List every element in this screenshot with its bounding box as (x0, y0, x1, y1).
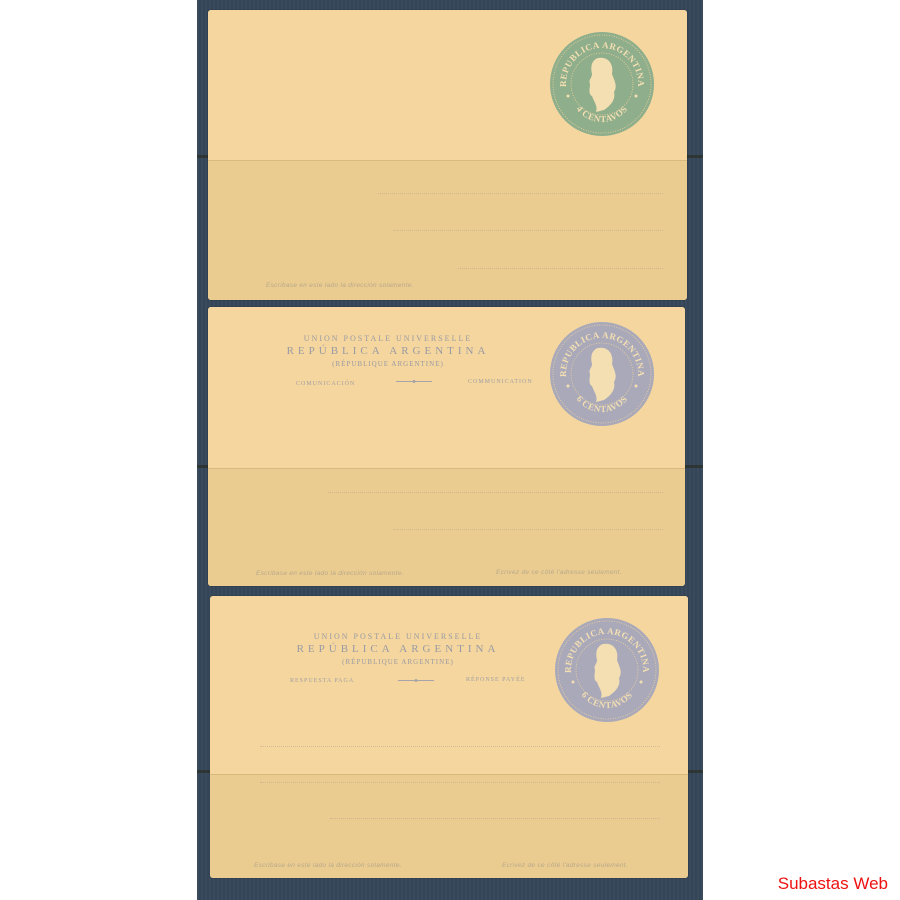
address-line (328, 492, 663, 493)
ornament-rule (396, 381, 432, 382)
header-line-upu: UNION POSTALE UNIVERSELLE (278, 632, 518, 641)
stamp-6-centavos: REPUBLICA ARGENTINA 6 CENTAVOS (553, 616, 661, 724)
address-line (393, 529, 663, 530)
address-line (260, 746, 660, 747)
stamp-4-centavos: REPUBLICA ARGENTINA 4 CENTAVOS (548, 30, 656, 138)
upu-header: UNION POSTALE UNIVERSELLE REPÚBLICA ARGE… (278, 632, 518, 666)
label-respuesta-paga: RESPUESTA PAGA (290, 678, 354, 684)
footer-instruction-fr: Ecrivez de ce côté l'adresse seulement. (496, 569, 622, 576)
address-line (260, 782, 660, 783)
header-line-republique: (RÉPUBLIQUE ARGENTINE) (278, 658, 518, 666)
postal-card-2: UNION POSTALE UNIVERSELLE REPÚBLICA ARGE… (208, 307, 685, 586)
footer-instruction-es: Escribase en este lado la dirección sola… (254, 862, 402, 869)
address-line (393, 230, 663, 231)
label-comunicacion: COMUNICACIÓN (296, 381, 355, 387)
address-line (330, 818, 660, 819)
stamp-6-centavos: REPUBLICA ARGENTINA 6 CENTAVOS (548, 320, 656, 428)
address-line (378, 193, 663, 194)
postal-card-3: UNION POSTALE UNIVERSELLE REPÚBLICA ARGE… (210, 596, 688, 878)
address-line (458, 268, 663, 269)
footer-instruction-es: Escribase en este lado la dirección sola… (256, 570, 404, 577)
header-line-republica: REPÚBLICA ARGENTINA (278, 643, 518, 655)
watermark-subastas-web: Subastas Web (778, 874, 888, 894)
header-line-republique: (RÉPUBLIQUE ARGENTINE) (268, 360, 508, 368)
header-line-republica: REPÚBLICA ARGENTINA (268, 345, 508, 357)
liberty-head-icon: REPUBLICA ARGENTINA 6 CENTAVOS (553, 616, 661, 724)
label-reponse-payee: RÉPONSE PAYÉE (466, 677, 525, 683)
liberty-head-icon: REPUBLICA ARGENTINA 4 CENTAVOS (548, 30, 656, 138)
ornament-rule (398, 680, 434, 681)
liberty-head-icon: REPUBLICA ARGENTINA 6 CENTAVOS (548, 320, 656, 428)
upu-header: UNION POSTALE UNIVERSELLE REPÚBLICA ARGE… (268, 334, 508, 368)
footer-instruction-fr: Ecrivez de ce côté l'adresse seulement. (502, 862, 628, 869)
header-line-upu: UNION POSTALE UNIVERSELLE (268, 334, 508, 343)
label-communication: COMMUNICATION (468, 379, 533, 385)
footer-instruction-es: Escribase en este lado la dirección sola… (266, 282, 414, 289)
postal-card-1: REPUBLICA ARGENTINA 4 CENTAVOS Escribase… (208, 10, 687, 300)
